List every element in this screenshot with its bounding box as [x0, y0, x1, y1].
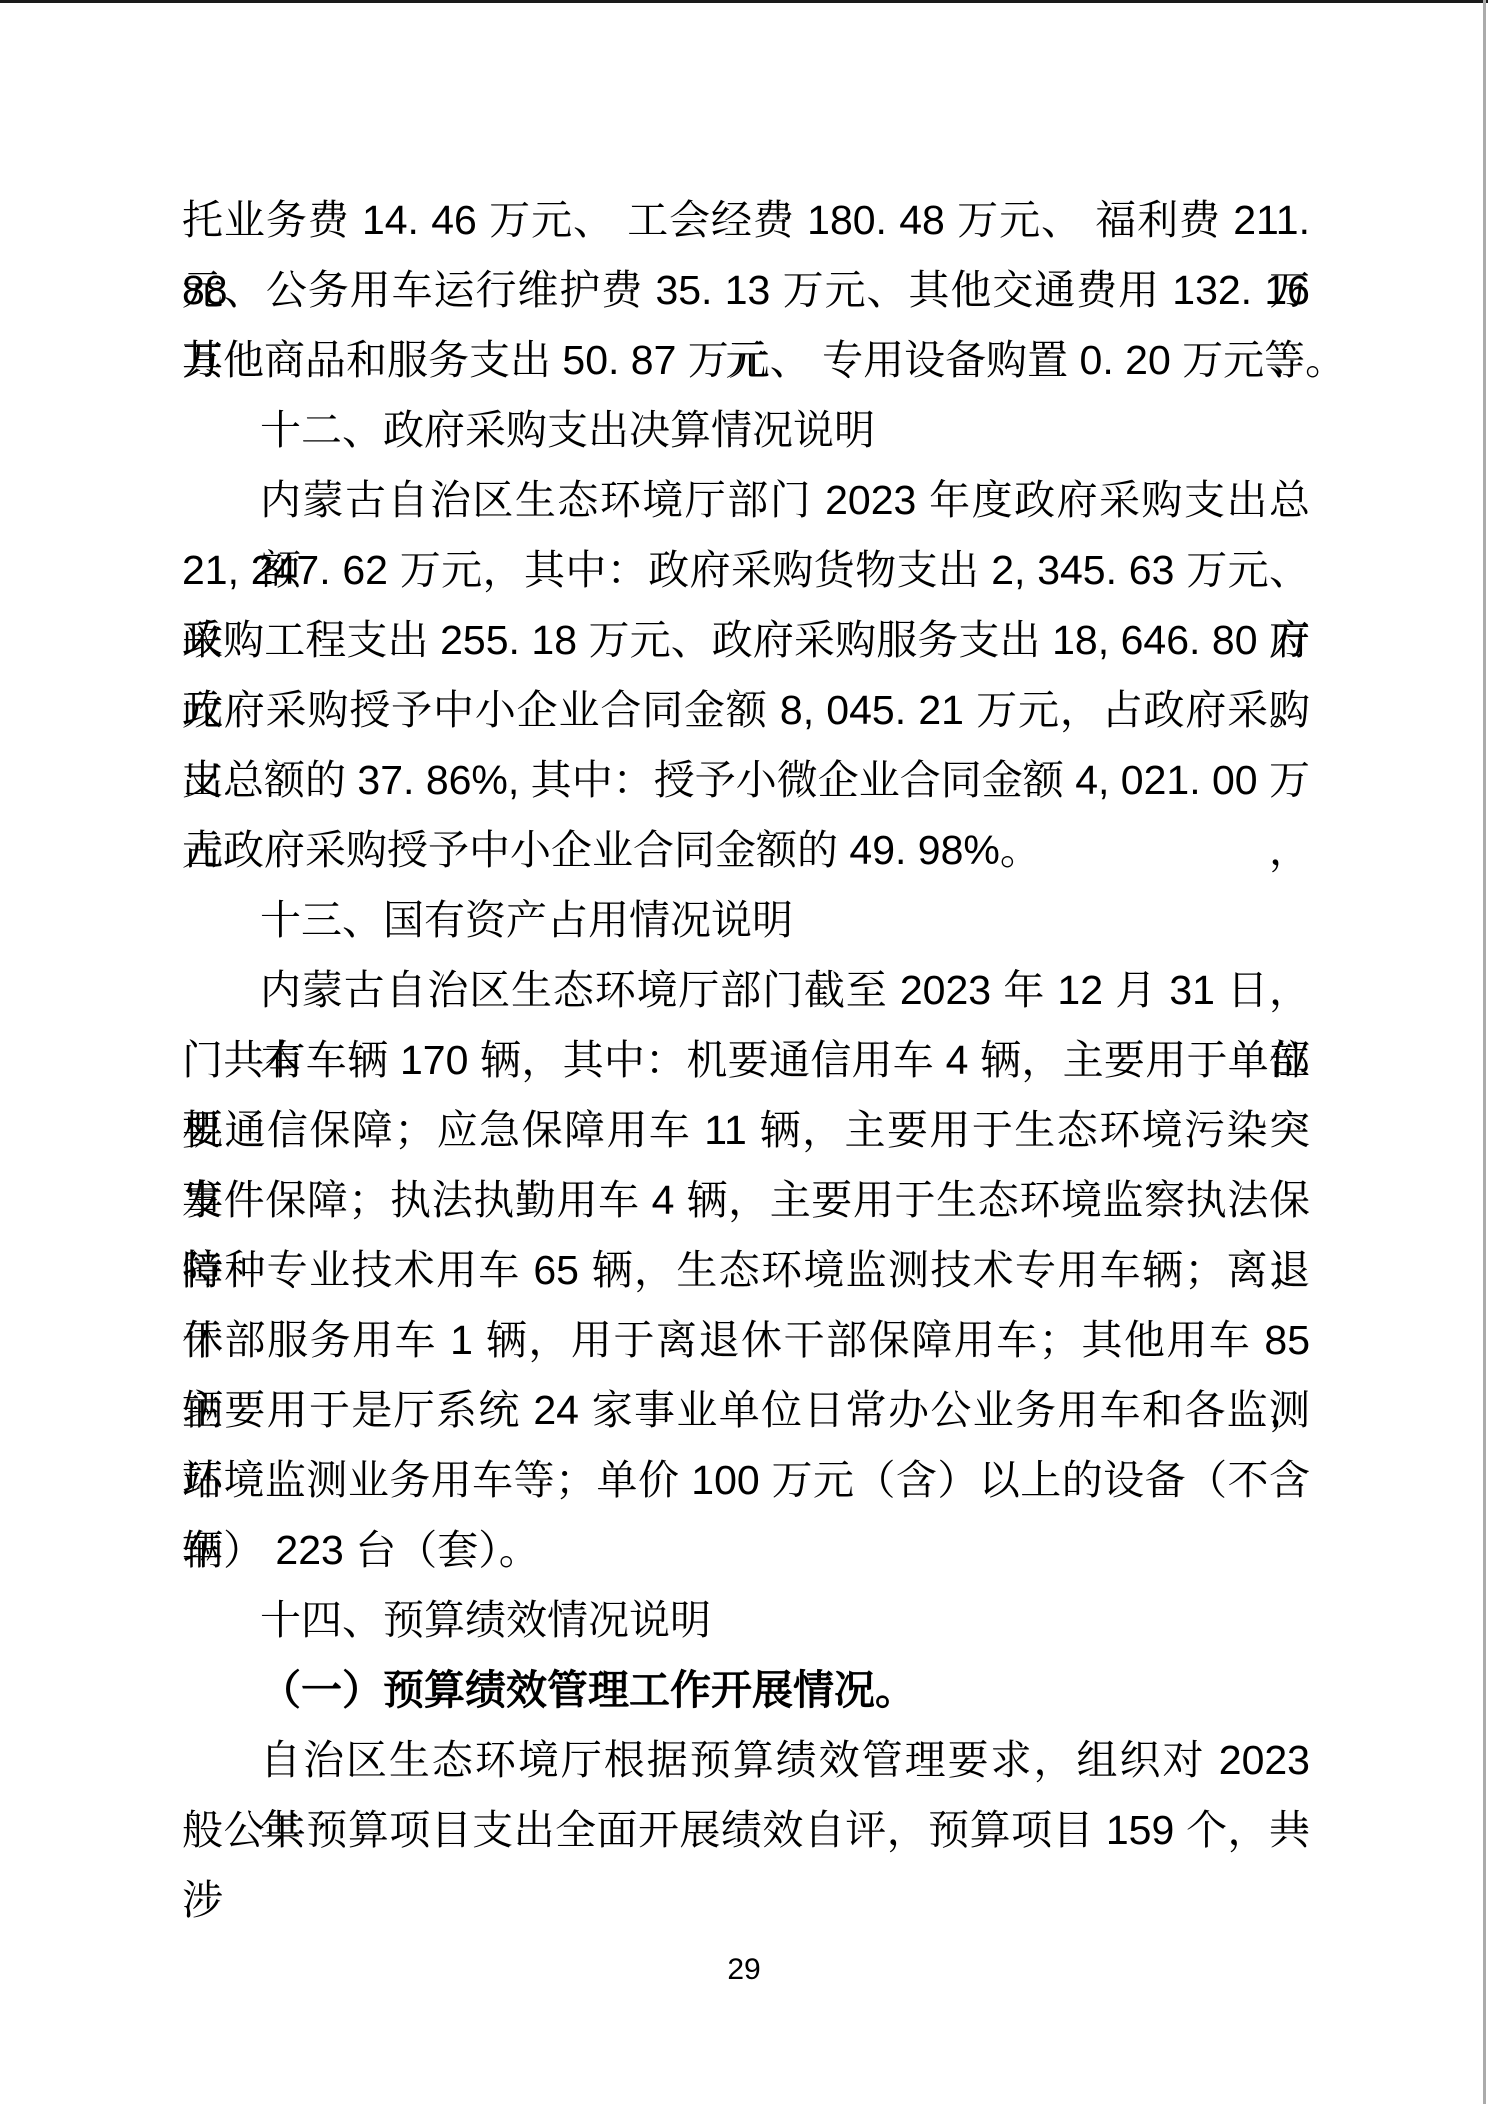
- section-heading: 十三、国有资产占用情况说明: [182, 885, 1310, 955]
- page-number: 29: [0, 1952, 1488, 1988]
- text-line: 辆） 223 台（套）。: [182, 1515, 1310, 1585]
- text-line: 内蒙古自治区生态环境厅部门截至 2023 年 12 月 31 日，本部: [182, 955, 1310, 1025]
- text-line: 采购工程支出 255. 18 万元、政府采购服务支出 18, 646. 80 万…: [182, 605, 1310, 675]
- text-line: 其他商品和服务支出 50. 87 万元、 专用设备购置 0. 20 万元等。: [182, 325, 1310, 395]
- page-right-edge-line: [1483, 0, 1486, 2104]
- page-top-edge-line: [0, 0, 1488, 3]
- text-line: 门共有车辆 170 辆，其中：机要通信用车 4 辆，主要用于单位机: [182, 1025, 1310, 1095]
- section-heading: 十二、政府采购支出决算情况说明: [182, 395, 1310, 465]
- text-line: 政府采购授予中小企业合同金额 8, 045. 21 万元，占政府采购支: [182, 675, 1310, 745]
- section-heading: 十四、预算绩效情况说明: [182, 1585, 1310, 1655]
- text-line: 事件保障；执法执勤用车 4 辆，主要用于生态环境监察执法保障；: [182, 1165, 1310, 1235]
- text-line: 特种专业技术用车 65 辆，生态环境监测技术专用车辆；离退休: [182, 1235, 1310, 1305]
- document-body: 托业务费 14. 46 万元、 工会经费 180. 48 万元、 福利费 211…: [182, 185, 1310, 1865]
- subsection-heading: （一）预算绩效管理工作开展情况。: [182, 1655, 1310, 1725]
- text-line: 主要用于是厅系统 24 家事业单位日常办公业务用车和各监测站: [182, 1375, 1310, 1445]
- text-line: 21, 247. 62 万元，其中：政府采购货物支出 2, 345. 63 万元…: [182, 535, 1310, 605]
- text-line: 出总额的 37. 86%, 其中：授予小微企业合同金额 4, 021. 00 万…: [182, 745, 1310, 815]
- text-line: 般公共预算项目支出全面开展绩效自评，预算项目 159 个，共涉: [182, 1795, 1310, 1865]
- text-line: 要通信保障；应急保障用车 11 辆，主要用于生态环境污染突发: [182, 1095, 1310, 1165]
- document-page: 托业务费 14. 46 万元、 工会经费 180. 48 万元、 福利费 211…: [0, 0, 1488, 2104]
- text-line: 托业务费 14. 46 万元、 工会经费 180. 48 万元、 福利费 211…: [182, 185, 1310, 255]
- text-line: 环境监测业务用车等；单价 100 万元（含）以上的设备（不含车: [182, 1445, 1310, 1515]
- text-line: 干部服务用车 1 辆，用于离退休干部保障用车；其他用车 85 辆，: [182, 1305, 1310, 1375]
- text-line: 自治区生态环境厅根据预算绩效管理要求，组织对 2023 年一: [182, 1725, 1310, 1795]
- text-line: 内蒙古自治区生态环境厅部门 2023 年度政府采购支出总额: [182, 465, 1310, 535]
- text-line: 元、公务用车运行维护费 35. 13 万元、其他交通费用 132. 16 万元、: [182, 255, 1310, 325]
